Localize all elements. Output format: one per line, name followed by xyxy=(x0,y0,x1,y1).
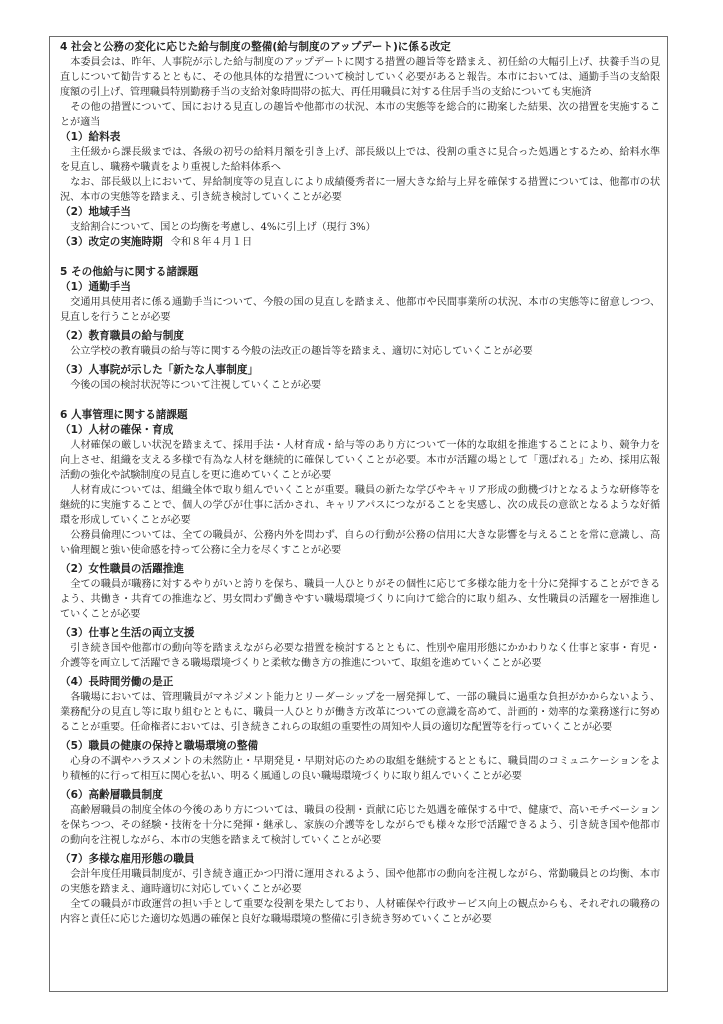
subsection-heading-with-value: （3）改定の実施時期令和８年４月１日 xyxy=(60,235,660,250)
paragraph: 全ての職員が職務に対するやりがいと誇りを保ち、職員一人ひとりがその個性に応じて多… xyxy=(60,577,660,622)
section-heading: 5 その他給与に関する諸課題 xyxy=(60,265,660,280)
subsection-heading-label: （3）改定の実施時期 xyxy=(60,236,163,248)
paragraph: 全ての職員が市政運営の担い手として重要な役割を果たしており、人材確保や行政サービ… xyxy=(60,897,660,927)
subsection: （7）多様な雇用形態の職員 会計年度任用職員制度が、引き続き適正かつ円滑に運用さ… xyxy=(60,852,660,927)
subsection-heading: （2）地域手当 xyxy=(60,205,660,220)
subsection-heading: （5）職員の健康の保持と職場環境の整備 xyxy=(60,739,660,754)
section-6: 6 人事管理に関する諸課題 （1）人材の確保・育成 人材確保の厳しい状況を踏まえ… xyxy=(60,408,660,927)
paragraph: その他の措置について、国における見直しの趣旨や他都市の状況、本市の実態等を総合的… xyxy=(60,100,660,130)
paragraph: 各職場においては、管理職員がマネジメント能力とリーダーシップを一層発揮して、一部… xyxy=(60,690,660,735)
paragraph: なお、部長級以上において、昇給制度等の見直しにより成績優秀者に一層大きな給与上昇… xyxy=(60,175,660,205)
paragraph: 人材育成については、組織全体で取り組んでいくことが重要。職員の新たな学びやキャリ… xyxy=(60,483,660,528)
paragraph: 高齢層職員の制度全体の今後のあり方については、職員の役割・貢献に応じた処遇を確保… xyxy=(60,803,660,848)
subsection: （1）人材の確保・育成 人材確保の厳しい状況を踏まえて、採用手法・人材育成・給与… xyxy=(60,423,660,558)
paragraph: 支給割合について、国との均衡を考慮し、4%に引上げ（現行 3%） xyxy=(60,220,660,235)
subsection: （1）給料表 主任級から課長級までは、各級の初号の給料月額を引き上げ、部長級以上… xyxy=(60,130,660,205)
document-body: 4 社会と公務の変化に応じた給与制度の整備(給与制度のアップデート)に係る改定 … xyxy=(60,40,660,927)
subsection-heading: （2）女性職員の活躍推進 xyxy=(60,562,660,577)
paragraph: 本委員会は、昨年、人事院が示した給与制度のアップデートに関する措置の趣旨等を踏ま… xyxy=(60,55,660,100)
paragraph: 人材確保の厳しい状況を踏まえて、採用手法・人材育成・給与等のあり方について一体的… xyxy=(60,438,660,483)
paragraph: 公務員倫理については、全ての職員が、公務内外を問わず、自らの行動が公務の信用に大… xyxy=(60,528,660,558)
subsection-heading: （3）仕事と生活の両立支援 xyxy=(60,626,660,641)
subsection: （3）人事院が示した「新たな人事制度」 今後の国の検討状況等について注視していく… xyxy=(60,363,660,393)
paragraph: 主任級から課長級までは、各級の初号の給料月額を引き上げ、部長級以上では、役割の重… xyxy=(60,145,660,175)
subsection: （6）高齢層職員制度 高齢層職員の制度全体の今後のあり方については、職員の役割・… xyxy=(60,788,660,848)
section-heading: 4 社会と公務の変化に応じた給与制度の整備(給与制度のアップデート)に係る改定 xyxy=(60,40,660,55)
section-5: 5 その他給与に関する諸課題 （1）通勤手当 交通用具使用者に係る通勤手当につい… xyxy=(60,265,660,393)
subsection-heading: （4）長時間労働の是正 xyxy=(60,675,660,690)
paragraph: 今後の国の検討状況等について注視していくことが必要 xyxy=(60,378,660,393)
subsection-heading: （7）多様な雇用形態の職員 xyxy=(60,852,660,867)
paragraph: 心身の不調やハラスメントの未然防止・早期発見・早期対応のための取組を継続するとと… xyxy=(60,754,660,784)
subsection-heading: （1）人材の確保・育成 xyxy=(60,423,660,438)
subsection-heading: （3）人事院が示した「新たな人事制度」 xyxy=(60,363,660,378)
paragraph: 引き続き国や他都市の動向等を踏まえながら必要な措置を検討するとともに、性別や雇用… xyxy=(60,641,660,671)
subsection: （1）通勤手当 交通用具使用者に係る通勤手当について、今般の国の見直しを踏まえ、… xyxy=(60,280,660,325)
subsection: （3）改定の実施時期令和８年４月１日 xyxy=(60,235,660,250)
paragraph: 公立学校の教育職員の給与等に関する今般の法改正の趣旨等を踏まえ、適切に対応してい… xyxy=(60,344,660,359)
subsection: （3）仕事と生活の両立支援 引き続き国や他都市の動向等を踏まえながら必要な措置を… xyxy=(60,626,660,671)
subsection-heading: （2）教育職員の給与制度 xyxy=(60,329,660,344)
paragraph: 会計年度任用職員制度が、引き続き適正かつ円滑に運用されるよう、国や他都市の動向を… xyxy=(60,867,660,897)
subsection: （4）長時間労働の是正 各職場においては、管理職員がマネジメント能力とリーダーシ… xyxy=(60,675,660,735)
subsection-heading: （1）給料表 xyxy=(60,130,660,145)
subsection: （2）教育職員の給与制度 公立学校の教育職員の給与等に関する今般の法改正の趣旨等… xyxy=(60,329,660,359)
subsection-heading: （1）通勤手当 xyxy=(60,280,660,295)
subsection: （5）職員の健康の保持と職場環境の整備 心身の不調やハラスメントの未然防止・早期… xyxy=(60,739,660,784)
section-4: 4 社会と公務の変化に応じた給与制度の整備(給与制度のアップデート)に係る改定 … xyxy=(60,40,660,250)
subsection: （2）地域手当 支給割合について、国との均衡を考慮し、4%に引上げ（現行 3%） xyxy=(60,205,660,235)
effective-date: 令和８年４月１日 xyxy=(171,237,253,248)
section-heading: 6 人事管理に関する諸課題 xyxy=(60,408,660,423)
subsection-heading: （6）高齢層職員制度 xyxy=(60,788,660,803)
paragraph: 交通用具使用者に係る通勤手当について、今般の国の見直しを踏まえ、他都市や民間事業… xyxy=(60,295,660,325)
subsection: （2）女性職員の活躍推進 全ての職員が職務に対するやりがいと誇りを保ち、職員一人… xyxy=(60,562,660,622)
